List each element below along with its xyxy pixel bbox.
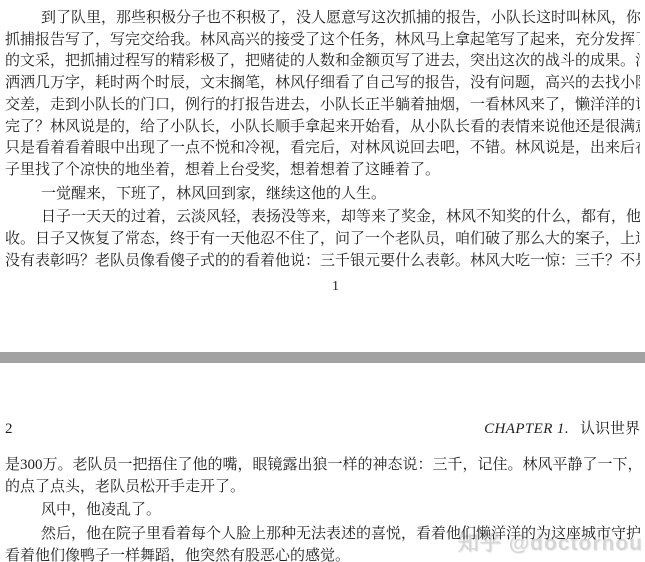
text-line: 风中，他凌乱了。 [5, 500, 640, 522]
paragraph: 一觉醒来，下班了，林风回到家，继续这他的人生。 [5, 184, 640, 206]
text-line: 没有表彰吗？老队员像看傻子式的的看着他说：三千银元要什么表彰。林风大吃一惊：三千… [5, 251, 640, 273]
paragraph: 日子一天天的过着，云淡风轻，表扬没等来，却等来了奖金，林风不知奖的什么，都有，他… [5, 207, 640, 272]
text-line: 是300万。老队员一把捂住了他的嘴，眼镜露出狼一样的神态说：三千，记住。林风平静… [5, 455, 640, 477]
chapter-title: 认识世界 [580, 421, 640, 437]
text-line: 日子一天天的过着，云淡风轻，表扬没等来，却等来了奖金，林风不知奖的什么，都有，他… [5, 207, 640, 229]
text-line: 交差，走到小队长的门口，例行的打报告进去，小队长正半躺着抽烟，一看林风来了，懒洋… [5, 95, 640, 117]
page-2-body: 是300万。老队员一把捂住了他的嘴，眼镜露出狼一样的神态说：三千，记住。林风平静… [5, 455, 640, 562]
document-viewer: 到了队里，那些积极分子也不积极了，没人愿意写这次抓捕的报告，小队长这时叫林风，你… [0, 0, 645, 562]
page-divider [0, 352, 645, 363]
paragraph: 是300万。老队员一把捂住了他的嘴，眼镜露出狼一样的神态说：三千，记住。林风平静… [5, 455, 640, 498]
page-2-number: 2 [5, 421, 13, 438]
text-line: 的文采，把抓捕过程写的精彩极了，把赌徒的人数和金额页写了进去，突出这次的战斗的成… [5, 51, 640, 73]
text-line: 看着他们像鸭子一样舞蹈，他突然有股恶心的感觉。 [5, 546, 640, 562]
chapter-label: CHAPTER 1. [484, 421, 569, 437]
chapter-heading: CHAPTER 1.认识世界 [484, 417, 640, 438]
text-line: 的点了点头，老队员松开手走开了。 [5, 477, 640, 499]
text-line: 完了？林风说是的，给了小队长，小队长顺手拿起来开始看，从小队长看的表情来说他还是… [5, 117, 640, 139]
paragraph: 然后，他在院子里看着每个人脸上那种无法表述的喜悦，看着他们懒洋洋的为这座城市守护… [5, 524, 640, 562]
page-1-footer-number: 1 [5, 279, 640, 295]
text-line: 一觉醒来，下班了，林风回到家，继续这他的人生。 [5, 184, 640, 206]
page-1-body: 到了队里，那些积极分子也不积极了，没人愿意写这次抓捕的报告，小队长这时叫林风，你… [5, 8, 640, 272]
text-line: 只是看着看着眼中出现了一点不悦和冷视，看完后，对林风说回去吧，不错。林风说是，出… [5, 138, 640, 160]
text-line: 收。日子又恢复了常态，终于有一天他忍不住了，问了一个老队员，咱们破了那么大的案子… [5, 229, 640, 251]
text-line: 抓捕报告写了，写完交给我。林风高兴的接受了这个任务，林风马上拿起笔写了起来，充分… [5, 30, 640, 52]
text-line: 然后，他在院子里看着每个人脸上那种无法表述的喜悦，看着他们懒洋洋的为这座城市守护… [5, 524, 640, 546]
paragraph: 风中，他凌乱了。 [5, 500, 640, 522]
page-2-running-header: 2 CHAPTER 1.认识世界 [5, 417, 640, 438]
paragraph: 到了队里，那些积极分子也不积极了，没人愿意写这次抓捕的报告，小队长这时叫林风，你… [5, 8, 640, 182]
text-line: 到了队里，那些积极分子也不积极了，没人愿意写这次抓捕的报告，小队长这时叫林风，你… [5, 8, 640, 30]
text-line: 子里找了个凉快的地坐着，想着上台受奖，想着想着了这睡着了。 [5, 160, 640, 182]
text-line: 洒洒几万字，耗时两个时辰，文末搁笔，林风仔细看了自己写的报告，没有问题，高兴的去… [5, 73, 640, 95]
